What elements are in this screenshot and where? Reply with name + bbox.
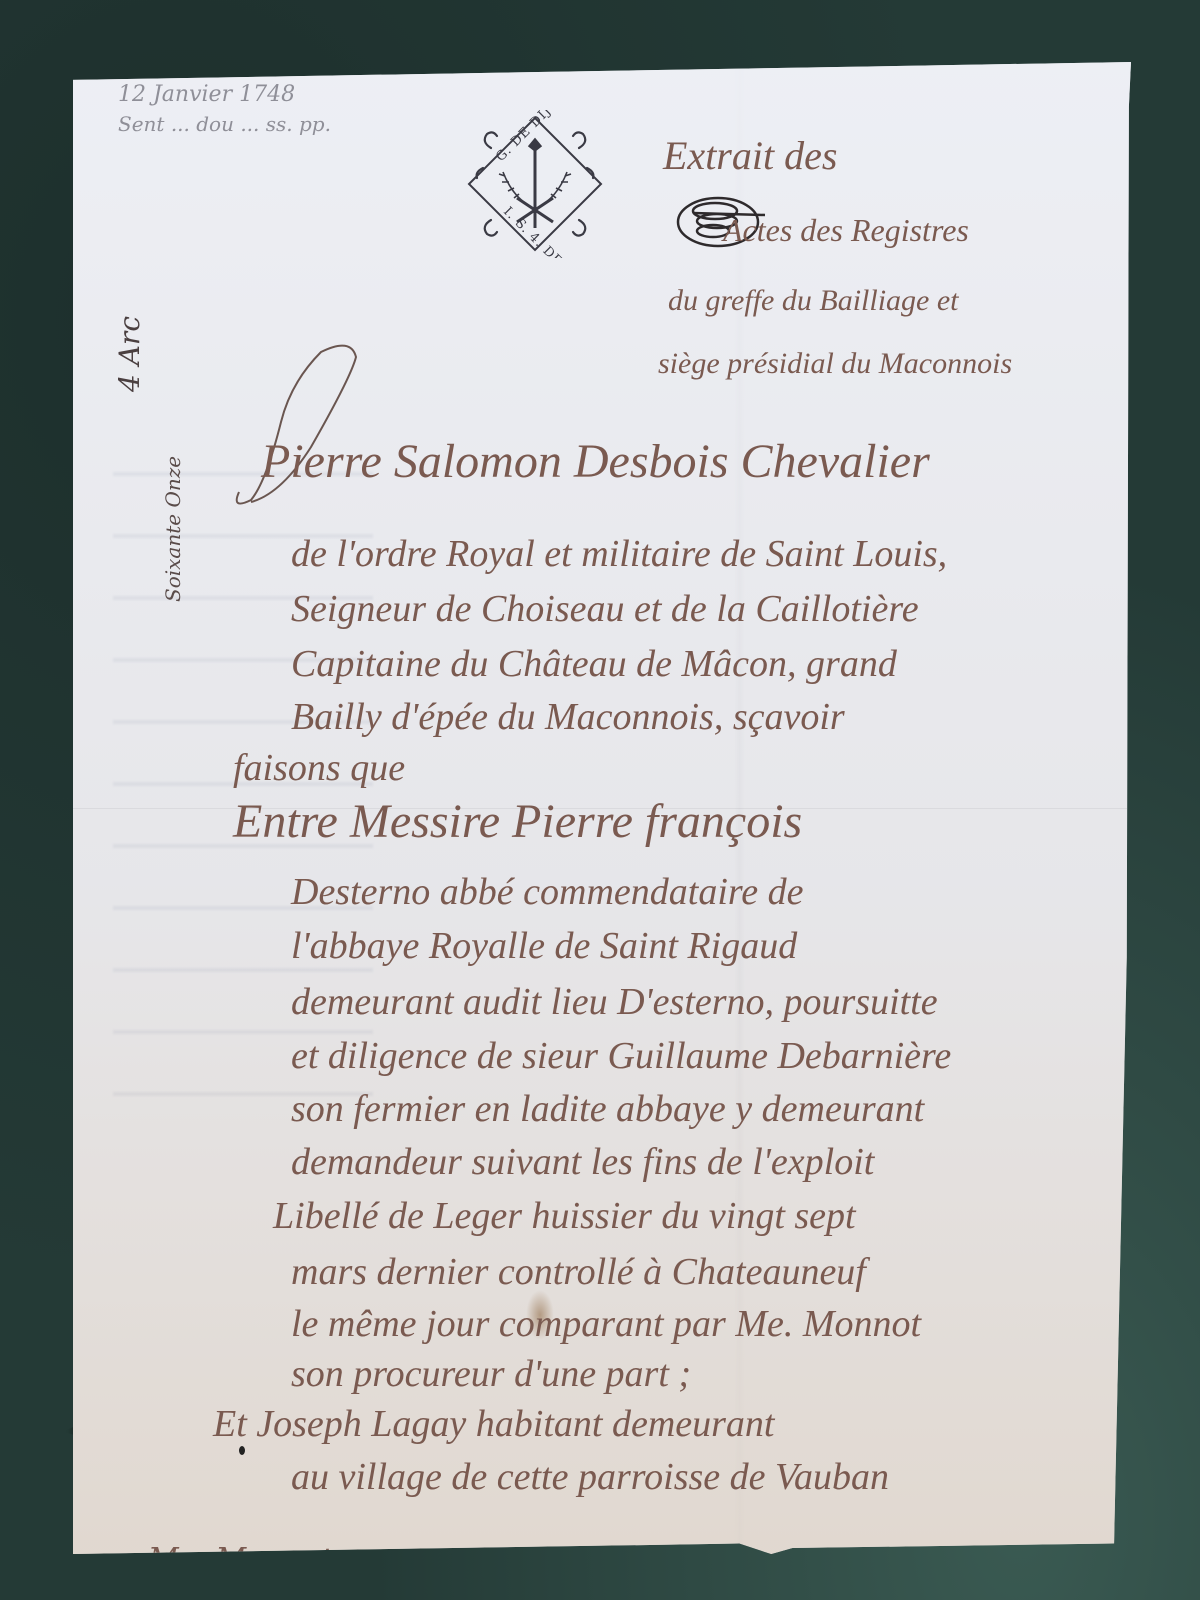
body-line-2: de l'ordre Royal et militaire de Saint L… (291, 532, 947, 576)
body-line-5: Bailly d'épée du Maconnois, sçavoir (291, 695, 845, 739)
body-line-17: son procureur d'une part ; (291, 1352, 691, 1396)
margin-note-date: 12 Janvier 1748 (118, 82, 295, 107)
body-line-10: demeurant audit lieu D'esterno, poursuit… (291, 980, 938, 1024)
margin-note-vertical-arc: 4 Arc (113, 316, 146, 392)
body-line-3: Seigneur de Choiseau et de la Caillotièr… (291, 587, 919, 631)
signature-chamboulet: Chamboulet (883, 1557, 994, 1578)
body-line-19: au village de cette parroisse de Vauban (291, 1455, 889, 1499)
margin-note-vertical-soixante: Soixante Onze (161, 456, 185, 602)
body-line-13: demandeur suivant les fins de l'exploit (291, 1140, 874, 1184)
body-line-18: Et Joseph Lagay habitant demeurant (213, 1402, 774, 1446)
heading-greffe: du greffe du Bailliage et (668, 284, 959, 318)
signature-monnot: Me. Monnot (148, 1542, 333, 1577)
heading-extrait: Extrait des (663, 132, 837, 179)
body-line-1: Pierre Salomon Desbois Chevalier (261, 434, 930, 489)
ink-blot (239, 1446, 245, 1455)
document-paper: 12 Janvier 1748 Sent ... dou ... ss. pp. (73, 62, 1131, 1554)
body-line-12: son fermier en ladite abbaye y demeurant (291, 1087, 924, 1131)
heading-registres: Actes des Registres (723, 212, 969, 249)
heading-presidial: siège présidial du Maconnois (658, 347, 1012, 381)
body-line-14: Libellé de Leger huissier du vingt sept (273, 1194, 856, 1238)
body-line-9: l'abbaye Royalle de Saint Rigaud (291, 924, 797, 968)
body-line-16: le même jour comparant par Me. Monnot (291, 1302, 921, 1346)
body-line-6: faisons que (233, 746, 405, 790)
body-line-15: mars dernier controllé à Chateauneuf (291, 1250, 866, 1294)
body-line-4: Capitaine du Château de Mâcon, grand (291, 642, 897, 686)
svg-text:G. DE DIJON: G. DE DIJON (493, 110, 572, 165)
body-line-8: Desterno abbé commendataire de (291, 870, 804, 914)
margin-note-sub: Sent ... dou ... ss. pp. (118, 112, 331, 136)
tax-stamp-icon: G. DE DIJON I. S. 4. DEN. (461, 110, 609, 258)
body-line-11: et diligence de sieur Guillaume Debarniè… (291, 1034, 951, 1078)
body-line-7: Entre Messire Pierre françois (233, 794, 802, 849)
